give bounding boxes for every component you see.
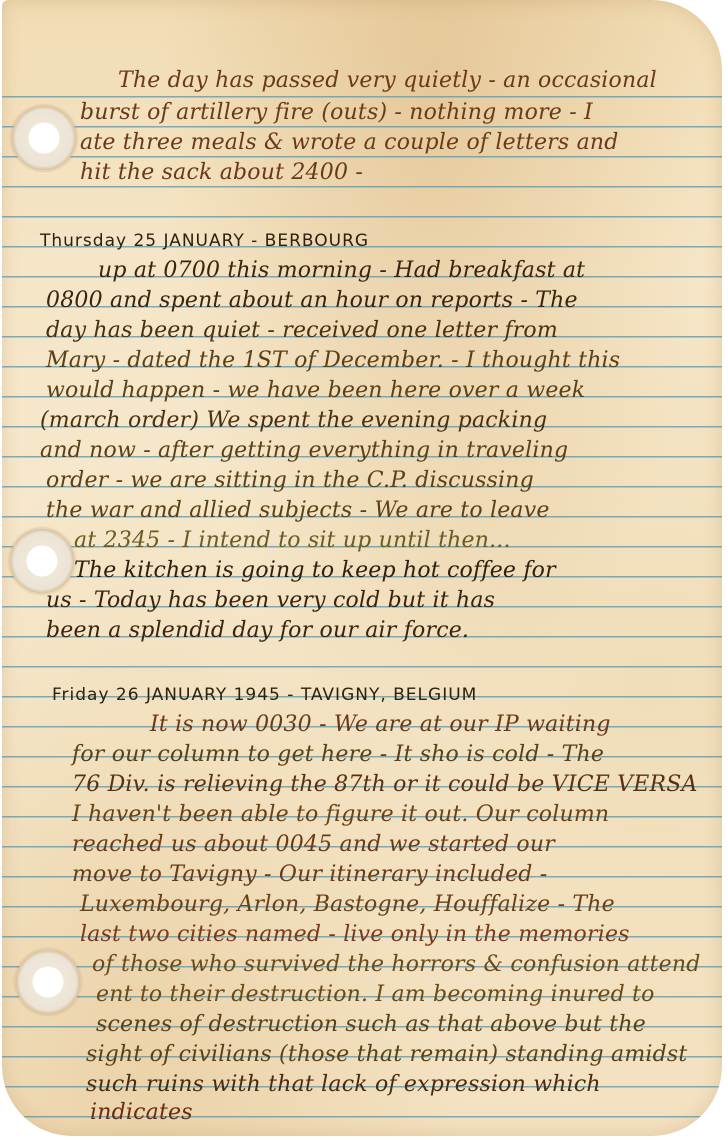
text-line: last two cities named - live only in the… [80,922,630,948]
text-line: of those who survived the horrors & conf… [92,952,700,978]
text-line: indicates [90,1100,193,1126]
text-line: scenes of destruction such as that above… [96,1012,646,1038]
text-line: order - we are sitting in the C.P. discu… [46,468,534,494]
text-line: ent to their destruction. I am becoming … [96,982,655,1008]
text-line: hit the sack about 2400 - [80,160,363,186]
text-line: reached us about 0045 and we started our [72,832,555,858]
text-line: up at 0700 this morning - Had breakfast … [98,258,585,284]
text-line: It is now 0030 - We are at our IP waitin… [150,712,611,738]
text-line: The day has passed very quietly - an occ… [118,68,657,94]
text-line: and now - after getting everything in tr… [40,438,568,464]
text-line: ate three meals & wrote a couple of lett… [80,130,619,156]
text-line: The kitchen is going to keep hot coffee … [74,558,556,584]
text-line: at 2345 - I intend to sit up until then.… [74,528,511,554]
text-line: for our column to get here - It sho is c… [72,742,604,768]
text-line: such ruins with that lack of expression … [86,1072,601,1098]
entry-heading: Thursday 25 JANUARY - BERBOURG [40,228,369,254]
handwritten-text: The day has passed very quietly - an occ… [0,0,728,1140]
text-line: burst of artillery fire (outs) - nothing… [80,100,593,126]
text-line: the war and allied subjects - We are to … [46,498,550,524]
text-line: us - Today has been very cold but it has [46,588,495,614]
text-line: I haven't been able to figure it out. Ou… [72,802,609,828]
text-line: 0800 and spent about an hour on reports … [46,288,578,314]
entry-heading: Friday 26 JANUARY 1945 - TAVIGNY, BELGIU… [52,682,477,708]
text-line: 76 Div. is relieving the 87th or it coul… [72,772,698,798]
text-line: Luxembourg, Arlon, Bastogne, Houffalize … [80,892,615,918]
text-line: would happen - we have been here over a … [46,378,585,404]
text-line: move to Tavigny - Our itinerary included… [72,862,547,888]
text-line: Mary - dated the 1ST of December. - I th… [46,348,620,374]
text-line: sight of civilians (those that remain) s… [86,1042,687,1068]
text-line: day has been quiet - received one letter… [46,318,558,344]
text-line: been a splendid day for our air force. [46,618,469,644]
text-line: (march order) We spent the evening packi… [40,408,547,434]
